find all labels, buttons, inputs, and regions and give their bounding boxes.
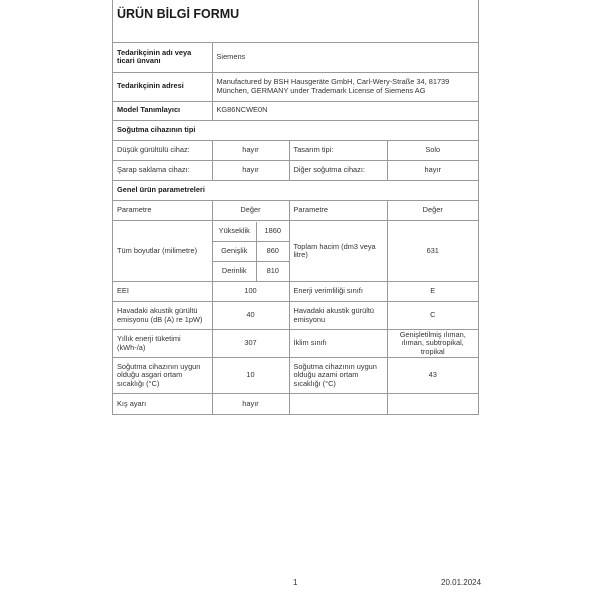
dimensions-label: Tüm boyutlar (milimetre) (113, 221, 212, 282)
supplier-table: Tedarikçinin adı veya ticari ünvanı Siem… (113, 43, 478, 140)
energy-class-label: Enerji verimliliği sınıfı (289, 282, 387, 302)
dimension-row: Genişlik 860 (213, 241, 289, 261)
height-value: 1860 (257, 222, 289, 242)
col-header-value-2: Değer (387, 201, 478, 221)
supplier-name-label: Tedarikçinin adı veya ticari ünvanı (113, 43, 212, 72)
winter-setting-label: Kış ayarı (113, 394, 212, 414)
model-value: KG86NCWE0N (212, 101, 478, 120)
form-title: ÜRÜN BİLGİ FORMU (113, 0, 478, 43)
climate-class-label: İklim sınıfı (289, 330, 387, 358)
table-row: Tedarikçinin adresi Manufactured by BSH … (113, 72, 478, 101)
table-row: Model Tanımlayıcı KG86NCWE0N (113, 101, 478, 120)
noise-class-label: Havadaki akustik gürültü emisyonu (289, 302, 387, 330)
params-table: Düşük gürültülü cihaz: hayır Tasarım tip… (113, 140, 478, 414)
col-header-param: Parametre (113, 201, 212, 221)
eei-value: 100 (212, 282, 289, 302)
annual-energy-label: Yıllık enerji tüketimi (kWh-/a) (113, 330, 212, 358)
dimensions-subtable: Yükseklik 1860 Genişlik 860 Derinlik 810 (213, 222, 289, 281)
wine-storage-label: Şarap saklama cihazı: (113, 161, 212, 181)
table-row: Tedarikçinin adı veya ticari ünvanı Siem… (113, 43, 478, 72)
height-label: Yükseklik (213, 222, 257, 242)
dimensions-subtable-cell: Yükseklik 1860 Genişlik 860 Derinlik 810 (212, 221, 289, 282)
design-type-value: Solo (387, 141, 478, 161)
params-section-heading: Genel ürün parametreleri (113, 181, 478, 201)
max-temp-label: Soğutma cihazının uygun olduğu azami ort… (289, 358, 387, 394)
table-row: Soğutma cihazının tipi (113, 120, 478, 140)
winter-setting-value: hayır (212, 394, 289, 414)
table-row: Yıllık enerji tüketimi (kWh-/a) 307 İkli… (113, 330, 478, 358)
table-row: Tüm boyutlar (milimetre) Yükseklik 1860 … (113, 221, 478, 282)
noise-class-value: C (387, 302, 478, 330)
empty-cell (289, 394, 387, 414)
page-number: 1 (293, 578, 297, 587)
table-row: Genel ürün parametreleri (113, 181, 478, 201)
table-header-row: Parametre Değer Parametre Değer (113, 201, 478, 221)
table-row: Şarap saklama cihazı: hayır Diğer soğutm… (113, 161, 478, 181)
climate-class-value: Genişletilmiş ılıman, ılıman, subtropika… (387, 330, 478, 358)
dimension-row: Yükseklik 1860 (213, 222, 289, 242)
other-cooling-label: Diğer soğutma cihazı: (289, 161, 387, 181)
table-row: Kış ayarı hayır (113, 394, 478, 414)
min-temp-value: 10 (212, 358, 289, 394)
empty-cell (387, 394, 478, 414)
low-noise-value: hayır (212, 141, 289, 161)
max-temp-value: 43 (387, 358, 478, 394)
volume-label: Toplam hacim (dm3 veya litre) (289, 221, 387, 282)
type-section-heading: Soğutma cihazının tipi (113, 120, 478, 140)
energy-class-value: E (387, 282, 478, 302)
other-cooling-value: hayır (387, 161, 478, 181)
footer-date: 20.01.2024 (441, 578, 481, 587)
table-row: Düşük gürültülü cihaz: hayır Tasarım tip… (113, 141, 478, 161)
product-info-form: ÜRÜN BİLGİ FORMU Tedarikçinin adı veya t… (112, 0, 479, 415)
col-header-param-2: Parametre (289, 201, 387, 221)
low-noise-label: Düşük gürültülü cihaz: (113, 141, 212, 161)
noise-emission-label: Havadaki akustik gürültü emisyonu (dB (A… (113, 302, 212, 330)
table-row: Soğutma cihazının uygun olduğu asgari or… (113, 358, 478, 394)
min-temp-label: Soğutma cihazının uygun olduğu asgari or… (113, 358, 212, 394)
depth-value: 810 (257, 261, 289, 281)
eei-label: EEI (113, 282, 212, 302)
table-row: EEI 100 Enerji verimliliği sınıfı E (113, 282, 478, 302)
supplier-name-value: Siemens (212, 43, 478, 72)
width-label: Genişlik (213, 241, 257, 261)
volume-value: 631 (387, 221, 478, 282)
col-header-value: Değer (212, 201, 289, 221)
supplier-address-label: Tedarikçinin adresi (113, 72, 212, 101)
supplier-address-value: Manufactured by BSH Hausgeräte GmbH, Car… (212, 72, 478, 101)
model-label: Model Tanımlayıcı (113, 101, 212, 120)
noise-emission-value: 40 (212, 302, 289, 330)
depth-label: Derinlik (213, 261, 257, 281)
annual-energy-value: 307 (212, 330, 289, 358)
dimension-row: Derinlik 810 (213, 261, 289, 281)
design-type-label: Tasarım tipi: (289, 141, 387, 161)
wine-storage-value: hayır (212, 161, 289, 181)
width-value: 860 (257, 241, 289, 261)
table-row: Havadaki akustik gürültü emisyonu (dB (A… (113, 302, 478, 330)
